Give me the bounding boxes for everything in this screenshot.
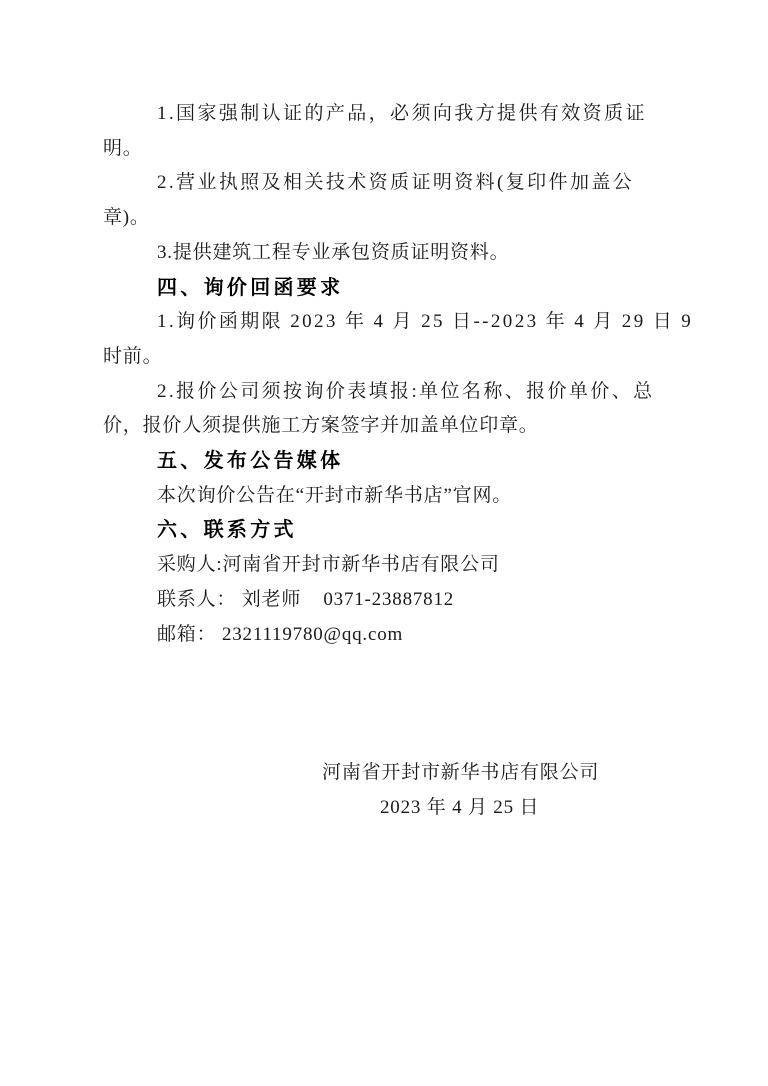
doc-line: 价，报价人须提供施工方案签字并加盖单位印章。 bbox=[103, 409, 656, 444]
doc-line: 2.营业执照及相关技术资质证明资料(复印件加盖公 bbox=[103, 166, 656, 201]
doc-line: 章)。 bbox=[103, 201, 656, 236]
signature-block: 河南省开封市新华书店有限公司 2023 年 4 月 25 日 bbox=[103, 756, 656, 825]
doc-line: 明。 bbox=[103, 132, 656, 167]
doc-line: 1.国家强制认证的产品，必须向我方提供有效资质证 bbox=[103, 97, 656, 132]
doc-line: 3.提供建筑工程专业承包资质证明资料。 bbox=[103, 236, 656, 271]
email-line: 邮箱： 2321119780@qq.com bbox=[103, 618, 656, 653]
purchaser-line: 采购人:河南省开封市新华书店有限公司 bbox=[103, 548, 656, 583]
document-page: 1.国家强制认证的产品，必须向我方提供有效资质证 明。 2.营业执照及相关技术资… bbox=[0, 0, 768, 1086]
signature-date-line: 2023 年 4 月 25 日 bbox=[103, 791, 656, 826]
section-heading: 六、联系方式 bbox=[103, 513, 656, 548]
section-heading: 四、询价回函要求 bbox=[103, 271, 656, 306]
document-body: 1.国家强制认证的产品，必须向我方提供有效资质证 明。 2.营业执照及相关技术资… bbox=[103, 97, 656, 826]
contact-line: 联系人： 刘老师 0371-23887812 bbox=[103, 583, 656, 618]
doc-line: 时前。 bbox=[103, 340, 656, 375]
signature-company-line: 河南省开封市新华书店有限公司 bbox=[103, 756, 656, 791]
doc-line: 2.报价公司须按询价表填报:单位名称、报价单价、总 bbox=[103, 375, 656, 410]
section-heading: 五、发布公告媒体 bbox=[103, 444, 656, 479]
doc-line: 1.询价函期限 2023 年 4 月 25 日--2023 年 4 月 29 日… bbox=[103, 305, 656, 340]
doc-line: 本次询价公告在“开封市新华书店”官网。 bbox=[103, 479, 656, 514]
